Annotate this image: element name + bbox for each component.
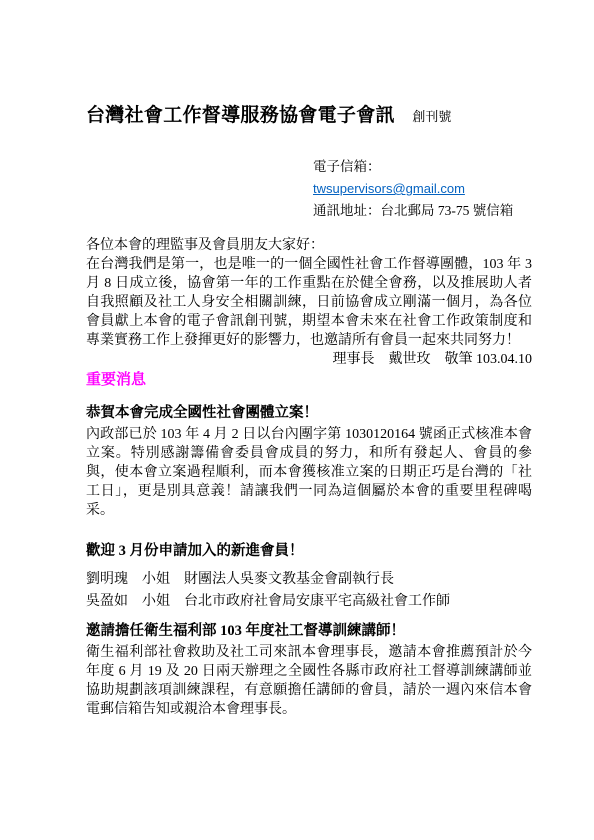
member-item: 劉明瑰 小姐 財團法人吳麥文教基金會副執行長 xyxy=(86,569,532,591)
section-body: 衛生福利部社會救助及社工司來訊本會理事長，邀請本會推薦預計於今年度 6 月 19… xyxy=(86,643,532,719)
section-new-members: 歡迎 3 月份申請加入的新進會員！ 劉明瑰 小姐 財團法人吳麥文教基金會副執行長… xyxy=(86,542,532,613)
important-news-label: 重要消息 xyxy=(86,371,532,390)
section-heading: 歡迎 3 月份申請加入的新進會員！ xyxy=(86,542,532,561)
contact-block: 電子信箱：twsupervisors@gmail.com 通訊地址：台北郵局 7… xyxy=(313,156,532,222)
greeting-body: 在台灣我們是第一，也是唯一的一個全國性社會工作督導團體，103 年 3 月 8 … xyxy=(86,255,532,350)
address-value: 台北郵局 73-75 號信箱 xyxy=(381,203,514,218)
section-heading: 邀請擔任衛生福利部 103 年度社工督導訓練講師！ xyxy=(86,622,532,641)
member-list: 劉明瑰 小姐 財團法人吳麥文教基金會副執行長 吳盈如 小姐 台北市政府社會局安康… xyxy=(86,569,532,613)
section-incorporation: 恭賀本會完成全國性社會團體立案！ 內政部已於 103 年 4 月 2 日以台內團… xyxy=(86,404,532,520)
contact-address-line: 通訊地址：台北郵局 73-75 號信箱 xyxy=(313,200,532,222)
issue-label: 創刊號 xyxy=(412,109,451,124)
section-heading: 恭賀本會完成全國性社會團體立案！ xyxy=(86,404,532,423)
page-title-line: 台灣社會工作督導服務協會電子會訊 創刊號 xyxy=(86,104,532,130)
signature-line: 理事長 戴世玫 敬筆 103.04.10 xyxy=(86,350,532,369)
greeting-section: 各位本會的理監事及會員朋友大家好： 在台灣我們是第一，也是唯一的一個全國性社會工… xyxy=(86,236,532,369)
member-item: 吳盈如 小姐 台北市政府社會局安康平宅高級社會工作師 xyxy=(86,591,532,613)
section-body: 內政部已於 103 年 4 月 2 日以台內團字第 1030120164 號函正… xyxy=(86,425,532,520)
section-trainer-invitation: 邀請擔任衛生福利部 103 年度社工督導訓練講師！ 衛生福利部社會救助及社工司來… xyxy=(86,622,532,719)
email-label: 電子信箱： xyxy=(313,159,381,174)
salutation: 各位本會的理監事及會員朋友大家好： xyxy=(86,236,532,255)
document-page: 台灣社會工作督導服務協會電子會訊 創刊號 電子信箱：twsupervisors@… xyxy=(0,0,594,840)
newsletter-title: 台灣社會工作督導服務協會電子會訊 xyxy=(86,105,395,126)
address-label: 通訊地址： xyxy=(313,203,381,218)
contact-email-line: 電子信箱：twsupervisors@gmail.com xyxy=(313,156,532,200)
email-link[interactable]: twsupervisors@gmail.com xyxy=(313,181,465,196)
